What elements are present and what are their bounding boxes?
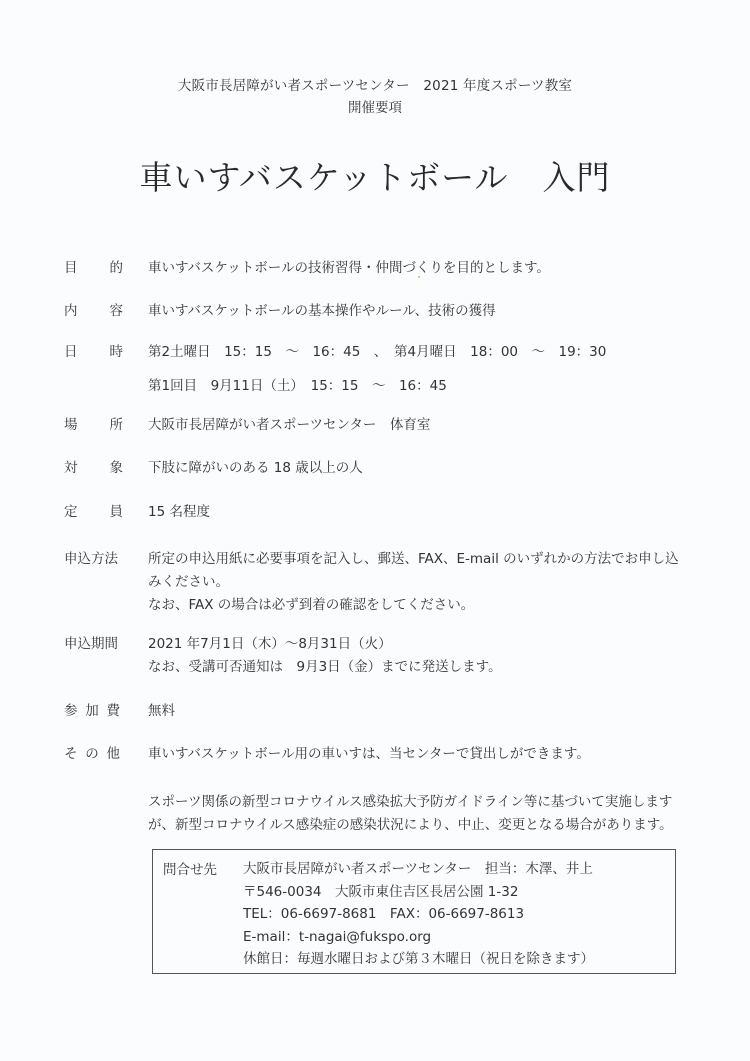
section-value: 車いすバスケットボールの基本操作やルール、技術の獲得 [148,301,688,321]
contact-organization: 大阪市長居障がい者スポーツセンター 担当：木澤、井上 [243,858,594,881]
section-label: 日 時 [64,342,123,362]
document-subtitle: 開催要項 [0,96,750,116]
flyer-page: 大阪市長居障がい者スポーツセンター 2021 年度スポーツ教室 開催要項 車いす… [0,0,750,1061]
section-label: 内 容 [64,301,123,321]
section-value: 下肢に障がいのある 18 歳以上の人 [148,458,688,478]
section-value: 無料 [148,701,688,721]
organizer-line: 大阪市長居障がい者スポーツセンター 2021 年度スポーツ教室 [0,74,750,94]
page-title: 車いすバスケットボール 入門 [0,152,750,199]
contact-address: 〒546-0034 大阪市東住吉区長居公園 1-32 [243,881,594,904]
contact-email: E-mail：t-nagai@fukspo.org [243,926,594,949]
section-value: 車いすバスケットボール用の車いすは、当センターで貸出しができます。 [148,744,688,764]
section-value: 大阪市長居障がい者スポーツセンター 体育室 [148,415,688,435]
section-label: 場 所 [64,415,123,435]
section-label: そ の 他 [64,744,120,764]
contact-phone-fax: TEL：06-6697-8681 FAX：06-6697-8613 [243,903,594,926]
section-label: 申込期間 [64,633,118,656]
section-label: 目 的 [64,258,123,278]
contact-box: 問合せ先 大阪市長居障がい者スポーツセンター 担当：木澤、井上 〒546-003… [152,849,676,974]
contact-closed-days: 休館日：毎週水曜日および第３木曜日（祝日を除きます） [243,948,594,971]
section-label: 参 加 費 [64,701,120,721]
section-label: 定 員 [64,502,123,522]
section-label: 対 象 [64,458,123,478]
section-value: 2021 年7月1日（木）～8月31日（火） なお、受講可否通知は 9月3日（金… [148,633,688,679]
section-value: 第2土曜日 15：15 ～ 16：45 、 第4月曜日 18：00 ～ 19：3… [148,342,688,396]
contact-details: 大阪市長居障がい者スポーツセンター 担当：木澤、井上 〒546-0034 大阪市… [243,858,594,971]
scan-speck [418,276,420,278]
section-value: 所定の申込用紙に必要事項を記入し、郵送、FAX、E-mail のいずれかの方法で… [148,548,688,617]
section-value: 15 名程度 [148,502,688,522]
section-value: 車いすバスケットボールの技術習得・仲間づくりを目的とします。 [148,258,688,278]
section-label: 申込方法 [64,548,118,571]
contact-label: 問合せ先 [163,858,217,878]
